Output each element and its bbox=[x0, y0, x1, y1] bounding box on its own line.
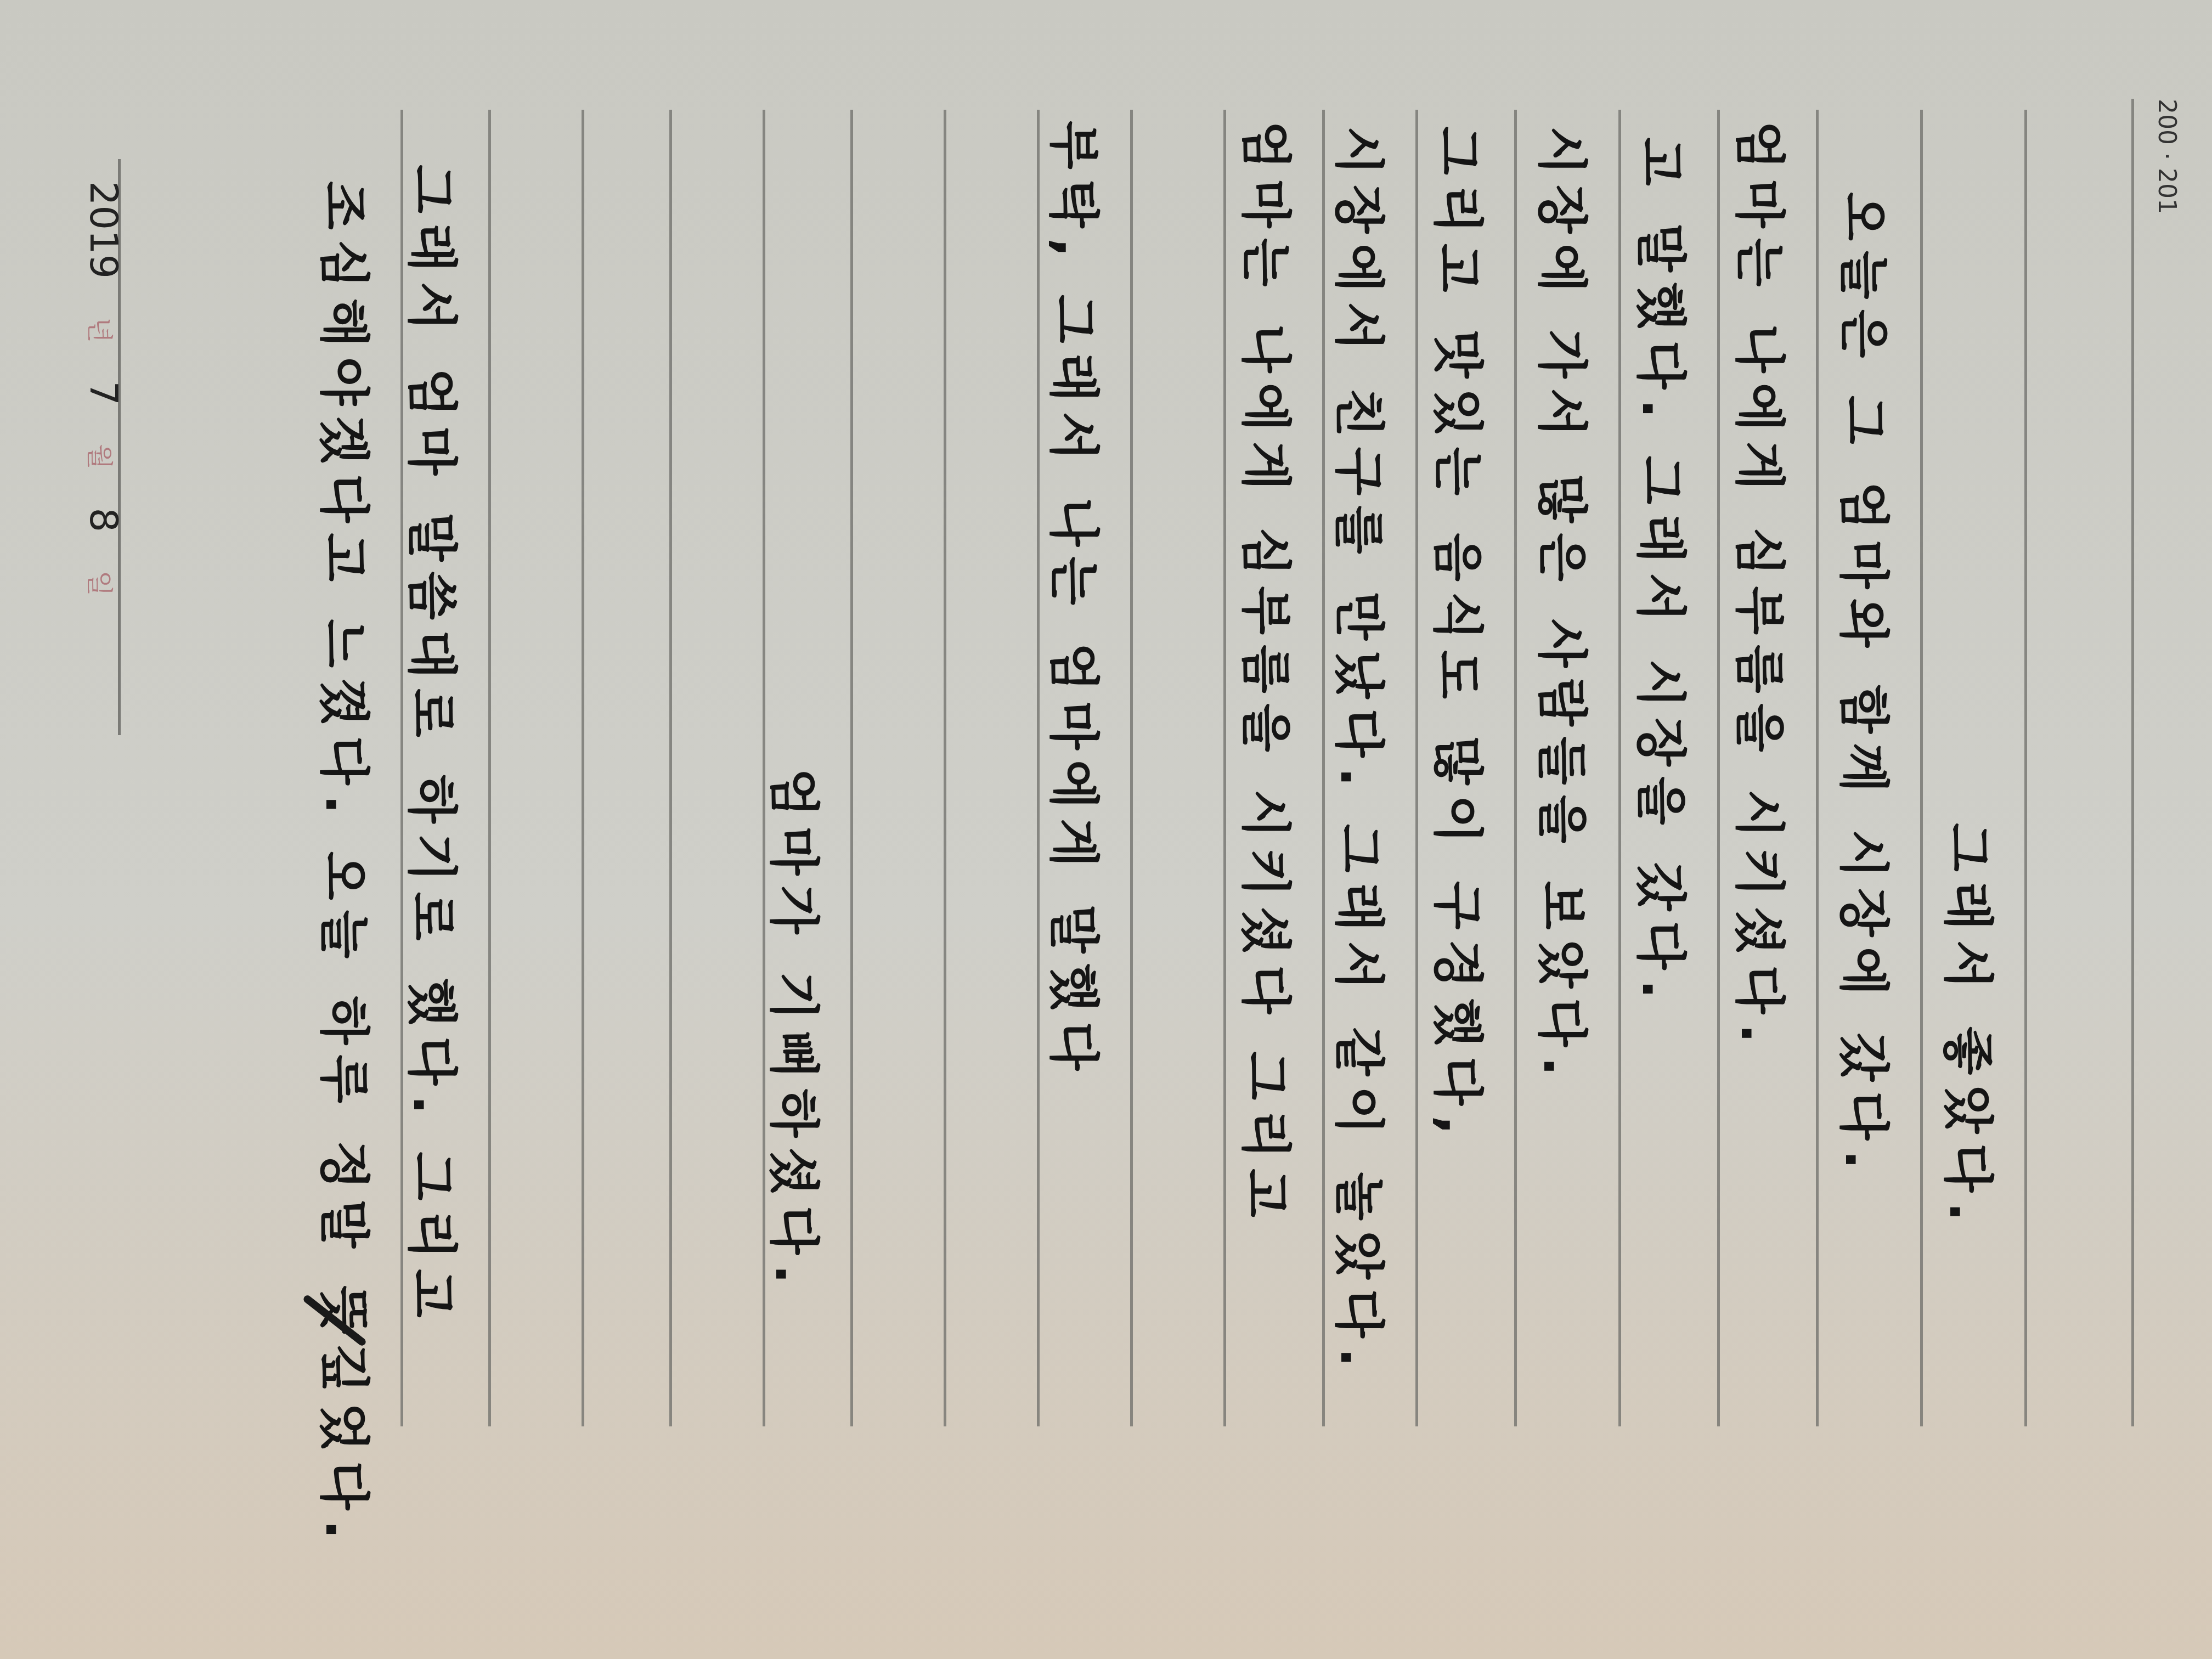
ruled-line bbox=[1618, 110, 1621, 1426]
ruled-line bbox=[1322, 110, 1325, 1426]
handwritten-line: 오늘은 그 엄마와 함께 시장에 갔다. bbox=[1831, 192, 1904, 1179]
ruled-line bbox=[2024, 110, 2027, 1426]
ruled-line bbox=[1037, 110, 1040, 1426]
date-month: 7 bbox=[81, 381, 126, 406]
ruled-line bbox=[850, 110, 853, 1426]
handwritten-line: 엄마는 나에게 심부름을 시키셨다 그리고 bbox=[1233, 121, 1306, 1227]
ruled-line bbox=[2131, 99, 2134, 1426]
ruled-line bbox=[669, 110, 672, 1426]
ruled-line bbox=[944, 110, 946, 1426]
date-header: 2019 년 7 월 8 일 bbox=[81, 181, 126, 596]
date-month-unit: 월 bbox=[83, 444, 121, 469]
handwritten-line: 시장에 가서 많은 사람들을 보았다. bbox=[1530, 126, 1602, 1086]
handwritten-line: 고 말했다. 그래서 시장을 갔다. bbox=[1628, 137, 1701, 1008]
date-day: 8 bbox=[81, 507, 126, 532]
handwritten-line: 엄마는 나에게 심부름을 시키셨다. bbox=[1727, 121, 1799, 1053]
date-year: 2019 bbox=[81, 181, 126, 279]
handwritten-line: 그래서 엄마 말씀대로 하기로 했다. 그리고 bbox=[399, 165, 472, 1328]
handwritten-line: 엄마가 기뻐하셨다. bbox=[761, 768, 834, 1294]
diary-page: 200 · 201 2019 년 7 월 8 일 그래서 좋았다. 오늘은 그 … bbox=[0, 0, 2212, 1659]
ruled-line bbox=[1514, 110, 1517, 1426]
page-number: 200 · 201 bbox=[2153, 99, 2181, 214]
handwritten-line: 조심해야겠다고 느꼈다. 오늘 하루 정말 뜻깊었다. bbox=[312, 181, 384, 1549]
ruled-line bbox=[1816, 110, 1819, 1426]
handwritten-line: 그리고 맛있는 음식도 많이 구경했다, bbox=[1425, 126, 1498, 1144]
handwritten-line: 부탁, 그래서 나는 엄마에게 말했다 bbox=[1041, 121, 1114, 1080]
ruled-line bbox=[1130, 110, 1133, 1426]
handwritten-line: 그래서 좋았다. bbox=[1936, 823, 2008, 1231]
handwritten-line: 시장에서 친구를 만났다. 그래서 같이 놀았다. bbox=[1327, 126, 1399, 1377]
ruled-line bbox=[582, 110, 584, 1426]
date-day-unit: 일 bbox=[83, 571, 121, 596]
ruled-line bbox=[1717, 110, 1720, 1426]
ruled-line bbox=[1415, 110, 1418, 1426]
ruled-line bbox=[1920, 110, 1923, 1426]
ruled-line bbox=[488, 110, 491, 1426]
date-year-unit: 년 bbox=[83, 317, 121, 342]
ruled-line bbox=[1223, 110, 1226, 1426]
